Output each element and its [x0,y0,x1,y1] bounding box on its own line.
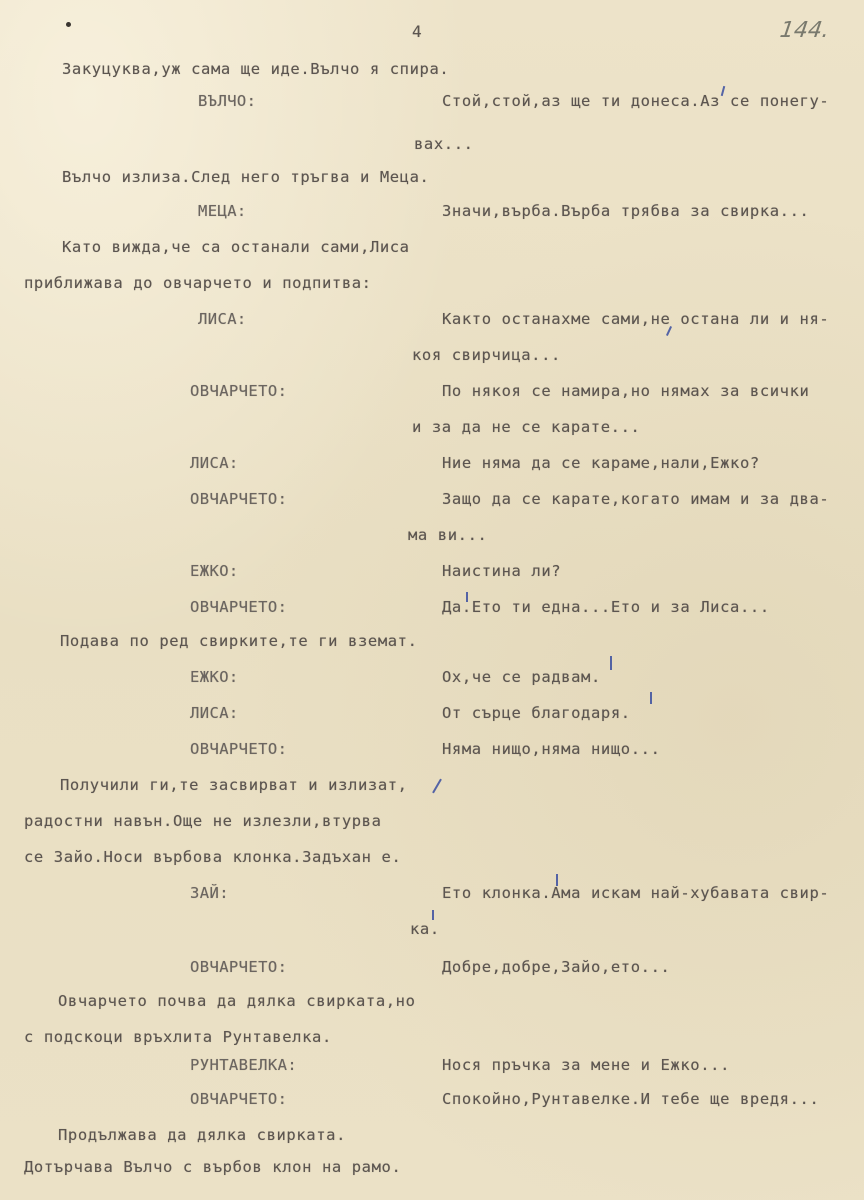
pen-slash-mark [432,779,442,794]
pen-correction-mark [466,592,468,602]
page-number: 4 [412,22,422,41]
pen-correction-mark [650,692,652,704]
dialogue-continuation: ма ви... [408,526,487,544]
dialogue-line: Няма нищо,няма нищо... [442,740,661,758]
dialogue-line: Нося пръчка за мене и Ежко... [442,1056,730,1074]
speaker-name: ЛИСА: [198,310,247,328]
dialogue-continuation: вах... [414,135,474,153]
speaker-name: ОВЧАРЧЕТО: [190,382,287,400]
stage-direction: Закуцуква,уж сама ще иде.Вълчо я спира. [62,60,449,78]
typewritten-page: 4 144. Закуцуква,уж сама ще иде.Вълчо я … [0,0,864,1200]
speaker-name: ОВЧАРЧЕТО: [190,958,287,976]
stage-direction: Подава по ред свирките,те ги вземат. [60,632,418,650]
dialogue-continuation: и за да не се карате... [412,418,640,436]
dialogue-line: Стой,стой,аз ще ти донеса.Аз се понегу- [442,92,829,110]
speaker-name: ВЪЛЧО: [198,92,256,110]
speaker-name: ОВЧАРЧЕТО: [190,740,287,758]
stage-direction: радостни навън.Още не излезли,втурва [24,812,382,830]
stage-direction: Вълчо излиза.След него тръгва и Меца. [62,168,429,186]
archive-number: 144. [778,18,830,43]
stage-direction: Продължава да дялка свирката. [58,1126,346,1144]
speaker-name: ЛИСА: [190,704,239,722]
stage-direction: Получили ги,те засвирват и излизат, [60,776,408,794]
stage-direction: се Зайо.Носи върбова клонка.Задъхан е. [24,848,401,866]
dialogue-line: Значи,върба.Върба трябва за свирка... [442,202,809,220]
dialogue-line: Наистина ли? [442,562,561,580]
dialogue-continuation: коя свирчица... [412,346,561,364]
stage-direction: с подскоци връхлита Рунтавелка. [24,1028,332,1046]
speaker-name: ЕЖКО: [190,562,239,580]
speaker-name: МЕЦА: [198,202,247,220]
speaker-name: ОВЧАРЧЕТО: [190,1090,287,1108]
speaker-name: ЛИСА: [190,454,239,472]
dialogue-line: От сърце благодаря. [442,704,631,722]
speaker-name: ЕЖКО: [190,668,239,686]
speaker-name: РУНТАВЕЛКА: [190,1056,297,1074]
dialogue-continuation: ка. [410,920,440,938]
ink-speck [66,22,71,27]
dialogue-line: Ето клонка.Ама искам най-хубавата свир- [442,884,829,902]
dialogue-line: По някоя се намира,но нямах за всички [442,382,809,400]
stage-direction: приближава до овчарчето и подпитва: [24,274,372,292]
speaker-name: ОВЧАРЧЕТО: [190,598,287,616]
stage-direction: Дотърчава Вълчо с върбов клон на рамо. [24,1158,401,1176]
speaker-name: ОВЧАРЧЕТО: [190,490,287,508]
dialogue-line: Защо да се карате,когато имам и за два- [442,490,829,508]
pen-correction-mark [432,910,434,920]
dialogue-line: Да.Ето ти една...Ето и за Лиса... [442,598,770,616]
dialogue-line: Ние няма да се караме,нали,Ежко? [442,454,760,472]
speaker-name: ЗАЙ: [190,884,229,902]
dialogue-line: Ох,че се радвам. [442,668,601,686]
stage-direction: Овчарчето почва да дялка свирката,но [58,992,416,1010]
dialogue-line: Както останахме сами,не остана ли и ня- [442,310,829,328]
dialogue-line: Спокойно,Рунтавелке.И тебе ще вредя... [442,1090,819,1108]
pen-correction-mark [610,656,612,670]
pen-correction-mark [556,874,558,886]
stage-direction: Като вижда,че са останали сами,Лиса [62,238,410,256]
dialogue-line: Добре,добре,Зайо,ето... [442,958,670,976]
